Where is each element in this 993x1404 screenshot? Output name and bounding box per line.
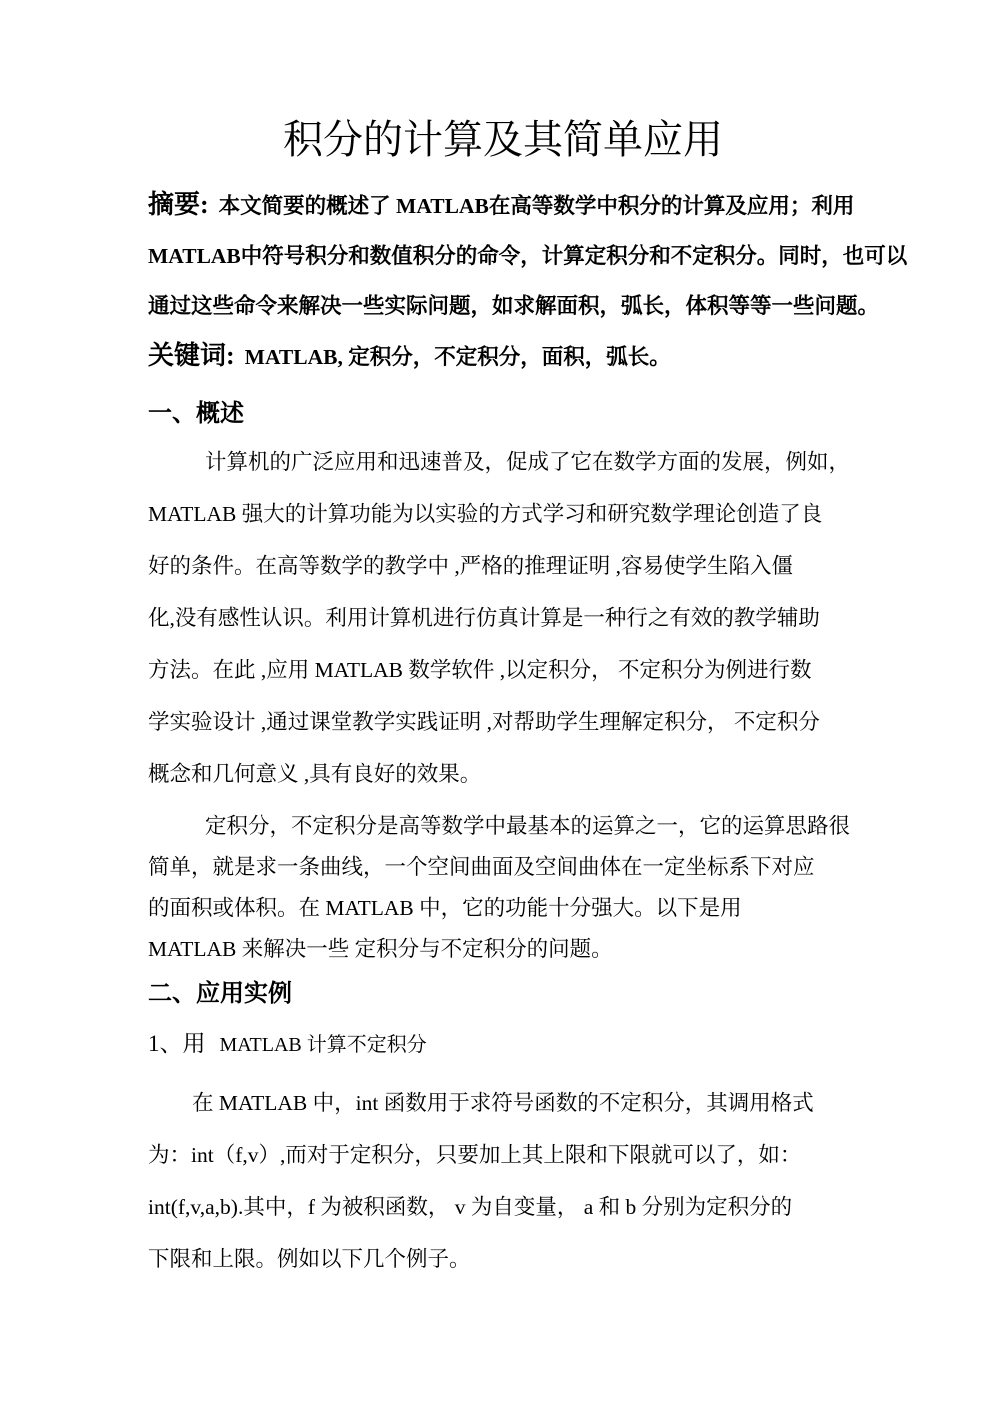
- examples-paragraph-1: 在 MATLAB 中，int 函数用于求符号函数的不定积分，其调用格式 为：in…: [148, 1077, 858, 1285]
- paragraph-line: 下限和上限。例如以下几个例子。: [148, 1233, 858, 1285]
- example-item-1: 1、用MATLAB 计算不定积分: [148, 1028, 858, 1063]
- item-title: MATLAB 计算不定积分: [220, 1034, 427, 1056]
- document-content: 积分的计算及其简单应用 摘要:本文简要的概述了 MATLAB在高等数学中积分的计…: [148, 0, 858, 1285]
- paragraph-line: int(f,v,a,b).其中，f 为被积函数， v 为自变量， a 和 b 分…: [148, 1181, 858, 1233]
- paragraph-line: 为：int（f,v）,而对于定积分，只要加上其上限和下限就可以了，如：: [148, 1129, 858, 1181]
- paragraph-line: 定积分，不定积分是高等数学中最基本的运算之一，它的运算思路很: [148, 806, 858, 847]
- keywords-text: MATLAB, 定积分，不定积分，面积，弧长。: [245, 345, 671, 369]
- paragraph-line: MATLAB 强大的计算功能为以实验的方式学习和研究数学理论创造了良: [148, 488, 858, 540]
- document-page: 积分的计算及其简单应用 摘要:本文简要的概述了 MATLAB在高等数学中积分的计…: [0, 0, 993, 1404]
- paragraph-line: 简单，就是求一条曲线，一个空间曲面及空间曲体在一定坐标系下对应: [148, 847, 858, 888]
- paragraph-line: 概念和几何意义 ,具有良好的效果。: [148, 748, 858, 800]
- paragraph-line: 的面积或体积。在 MATLAB 中，它的功能十分强大。以下是用: [148, 888, 858, 929]
- abstract-line: 通过这些命令来解决一些实际问题，如求解面积，弧长，体积等等一些问题。: [148, 281, 858, 331]
- abstract-line: 摘要:本文简要的概述了 MATLAB在高等数学中积分的计算及应用；利用: [148, 180, 858, 231]
- abstract-label: 摘要:: [148, 190, 209, 219]
- paragraph-line: MATLAB 来解决一些 定积分与不定积分的问题。: [148, 929, 858, 970]
- paragraph-line: 在 MATLAB 中，int 函数用于求符号函数的不定积分，其调用格式: [148, 1077, 858, 1129]
- abstract-text: 本文简要的概述了 MATLAB在高等数学中积分的计算及应用；利用: [219, 194, 855, 218]
- keywords-line: 关键词:MATLAB, 定积分，不定积分，面积，弧长。: [148, 331, 858, 382]
- abstract-line: MATLAB中符号积分和数值积分的命令，计算定积分和不定积分。同时，也可以: [148, 231, 858, 281]
- overview-paragraph-2: 定积分，不定积分是高等数学中最基本的运算之一，它的运算思路很 简单，就是求一条曲…: [148, 806, 858, 970]
- paragraph-line: 学实验设计 ,通过课堂教学实践证明 ,对帮助学生理解定积分， 不定积分: [148, 696, 858, 748]
- paragraph-line: 好的条件。在高等数学的教学中 ,严格的推理证明 ,容易使学生陷入僵: [148, 540, 858, 592]
- page-title: 积分的计算及其简单应用: [148, 0, 858, 168]
- overview-paragraph-1: 计算机的广泛应用和迅速普及，促成了它在数学方面的发展，例如， MATLAB 强大…: [148, 436, 858, 800]
- paragraph-line: 计算机的广泛应用和迅速普及，促成了它在数学方面的发展，例如，: [148, 436, 858, 488]
- abstract-block: 摘要:本文简要的概述了 MATLAB在高等数学中积分的计算及应用；利用 MATL…: [148, 180, 858, 382]
- item-number: 1、用: [148, 1031, 206, 1056]
- keywords-label: 关键词:: [148, 341, 235, 370]
- section-heading-examples: 二、应用实例: [148, 978, 858, 1010]
- paragraph-line: 方法。在此 ,应用 MATLAB 数学软件 ,以定积分， 不定积分为例进行数: [148, 644, 858, 696]
- section-heading-overview: 一、概述: [148, 398, 858, 430]
- paragraph-line: 化,没有感性认识。利用计算机进行仿真计算是一种行之有效的教学辅助: [148, 592, 858, 644]
